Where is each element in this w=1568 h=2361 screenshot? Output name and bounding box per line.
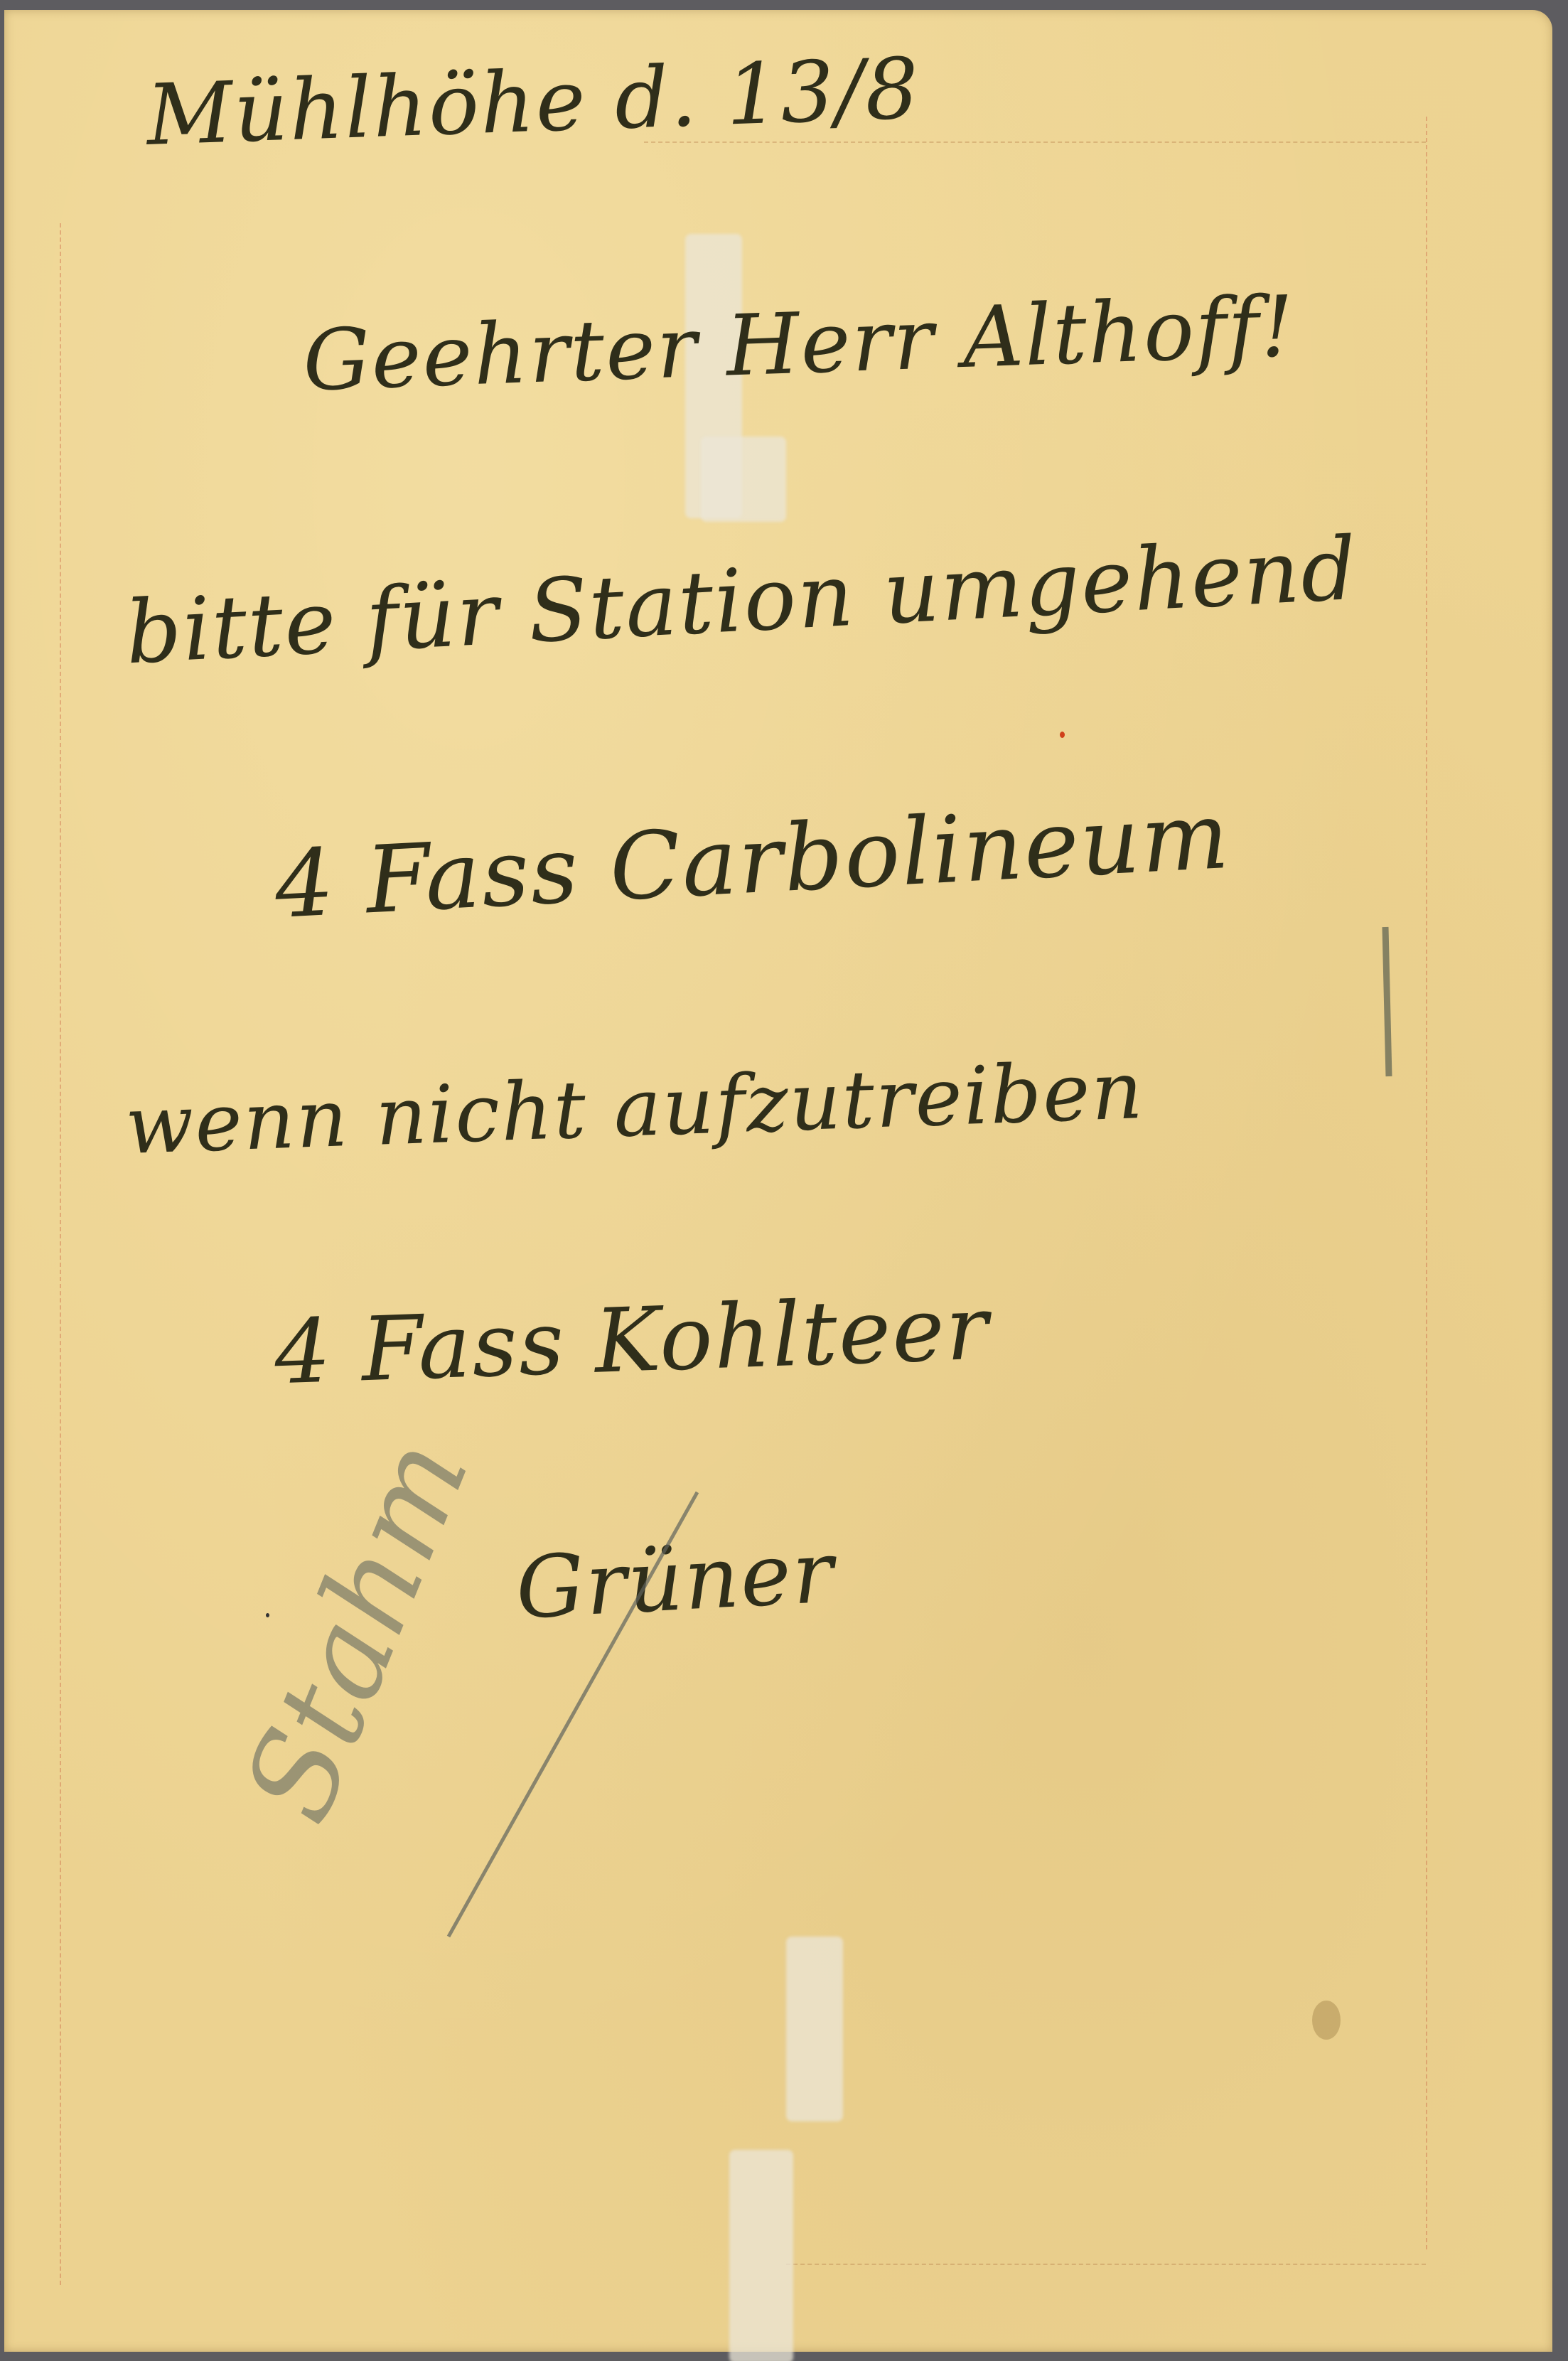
red-speck <box>1060 732 1065 738</box>
pencil-marks <box>4 10 1552 2352</box>
postcard: Mühlhöhe d. 13/8 Geehrter Herr Althoff! … <box>4 10 1552 2352</box>
pencil-strike-line <box>449 1492 697 1937</box>
paper-damage <box>1312 2001 1341 2040</box>
margin-pencil-mark <box>1385 927 1389 1076</box>
ink-speck <box>266 1613 269 1617</box>
